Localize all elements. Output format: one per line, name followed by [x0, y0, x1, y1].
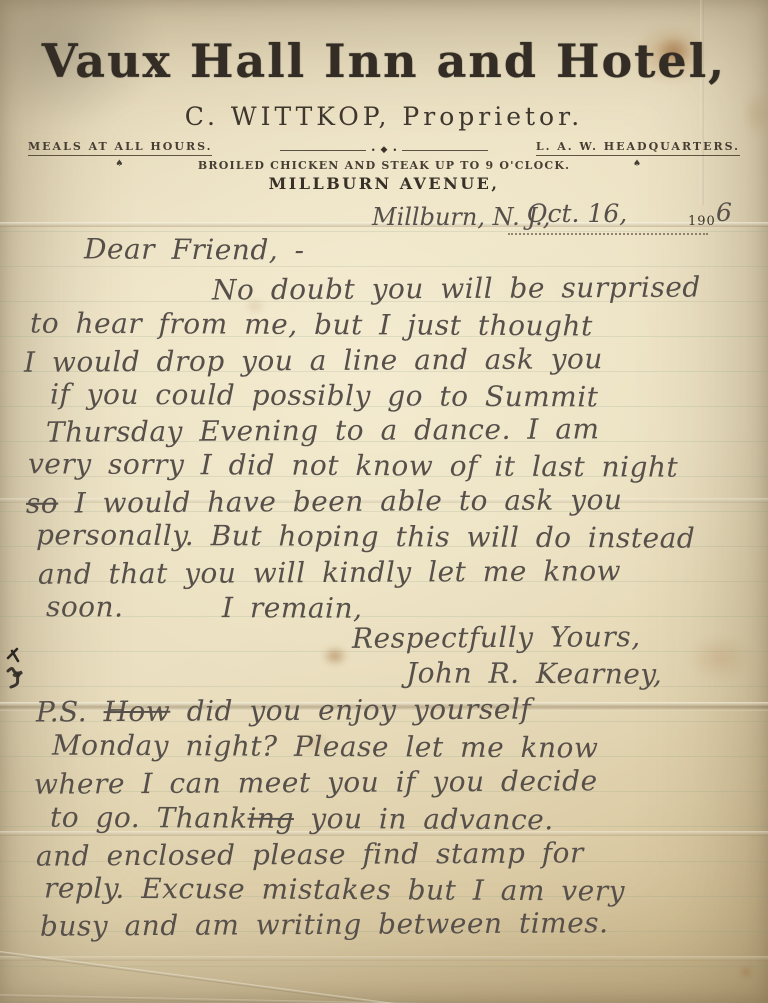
hand-line-body: I would drop you a line and ask you	[24, 345, 603, 377]
letterhead-proprietor: C. WITTKOP, Proprietor.	[0, 102, 768, 131]
hand-text: to go. Thank	[50, 801, 248, 835]
hand-text: Monday night? Please let me know	[52, 729, 599, 765]
dateline-place: Millburn, N. J.,	[372, 203, 550, 231]
divider-tick: •	[371, 147, 376, 155]
fold-crease	[0, 956, 768, 961]
letterhead-note-broiled: BROILED CHICKEN AND STEAK UP TO 9 O'CLOC…	[0, 159, 768, 172]
hand-line-postscript: Monday night? Please let me know	[52, 732, 599, 763]
dateline-dotted-rule	[508, 233, 708, 235]
hand-text: reply. Excuse mistakes but I am very	[44, 871, 625, 907]
hand-text: Thursday Evening to a dance. I am	[46, 412, 600, 448]
hand-text: personally. But hoping this will do inst…	[36, 518, 695, 554]
paper-stain	[740, 966, 752, 978]
hand-line-postscript: where I can meet you if you decide	[34, 767, 598, 798]
dateline-year-digit: 6	[716, 198, 732, 227]
hand-text: did you enjoy yourself	[170, 692, 531, 727]
paper-stain	[322, 646, 348, 666]
hand-line-closing: Respectfully Yours,	[352, 623, 641, 653]
hand-line-postscript: busy and am writing between times.	[40, 909, 609, 940]
divider-rule-right	[402, 150, 488, 151]
hand-text: Respectfully Yours,	[352, 620, 641, 655]
divider-tick: •	[392, 147, 397, 155]
hand-text: if you could possibly go to Summit	[50, 378, 599, 414]
hand-text: to hear from me, but I just thought	[30, 307, 593, 343]
struck-word: so	[26, 487, 58, 520]
hand-line-body: personally. But hoping this will do inst…	[36, 521, 695, 552]
hand-text: No doubt you will be surprised	[212, 271, 701, 307]
fold-crease	[0, 950, 408, 1003]
hand-text: soon. I remain,	[46, 590, 363, 625]
letterhead-address: MILLBURN AVENUE,	[0, 174, 768, 193]
law-note-text: L. A. W. HEADQUARTERS.	[536, 140, 740, 156]
hand-text: P.S.	[36, 695, 104, 728]
hand-text: where I can meet you if you decide	[34, 764, 598, 800]
hand-line-body: No doubt you will be surprised	[212, 274, 701, 305]
divider-diamond-icon: ◆	[381, 146, 388, 155]
hand-line-body: very sorry I did not know of it last nig…	[28, 450, 678, 481]
hand-line-postscript: to go. Thanking you in advance.	[50, 804, 554, 835]
struck-word: How	[103, 695, 170, 728]
hand-line-body: and that you will kindly let me know	[38, 557, 621, 589]
hand-line-postscript: reply. Excuse mistakes but I am very	[44, 874, 625, 905]
struck-word: ing	[247, 802, 294, 835]
hand-text: very sorry I did not know of it last nig…	[28, 447, 678, 483]
hand-text: you in advance.	[294, 802, 554, 836]
hand-text: John R. Kearney,	[406, 656, 663, 690]
fold-crease	[0, 994, 532, 1003]
hand-line-body: if you could possibly go to Summit	[50, 381, 599, 412]
letterhead-title: Vaux Hall Inn and Hotel,	[0, 34, 768, 88]
divider-rule-left	[280, 150, 366, 151]
hand-line-postscript: and enclosed please find stamp for	[36, 839, 584, 870]
hand-line-postscript: P.S. How did you enjoy yourself	[36, 695, 531, 726]
hand-text: I would drop you a line and ask you	[24, 342, 603, 379]
paper-stain	[688, 636, 752, 680]
hand-line-signature: John R. Kearney,	[406, 659, 663, 688]
hand-text: and enclosed please find stamp for	[36, 836, 584, 872]
hand-line-salutation: Dear Friend, -	[84, 235, 305, 264]
hand-line-body: soon. I remain,	[46, 593, 363, 623]
hand-text: I would have been able to ask you	[58, 483, 622, 519]
hand-line-body: Thursday Evening to a dance. I am	[46, 415, 600, 446]
hand-line-body: to hear from me, but I just thought	[30, 310, 593, 341]
letter-paper: Vaux Hall Inn and Hotel, C. WITTKOP, Pro…	[0, 0, 768, 1003]
hand-text: Dear Friend, -	[84, 232, 305, 266]
hand-text: and that you will kindly let me know	[38, 554, 621, 591]
hand-text: busy and am writing between times.	[40, 906, 609, 942]
dateline-year-printed: 190	[688, 214, 716, 229]
hand-line-body: so I would have been able to ask you	[26, 486, 623, 518]
dateline-date: Oct. 16,	[527, 199, 627, 228]
meals-note-text: MEALS AT ALL HOURS.	[28, 140, 212, 156]
ink-blot-mark	[2, 645, 44, 703]
